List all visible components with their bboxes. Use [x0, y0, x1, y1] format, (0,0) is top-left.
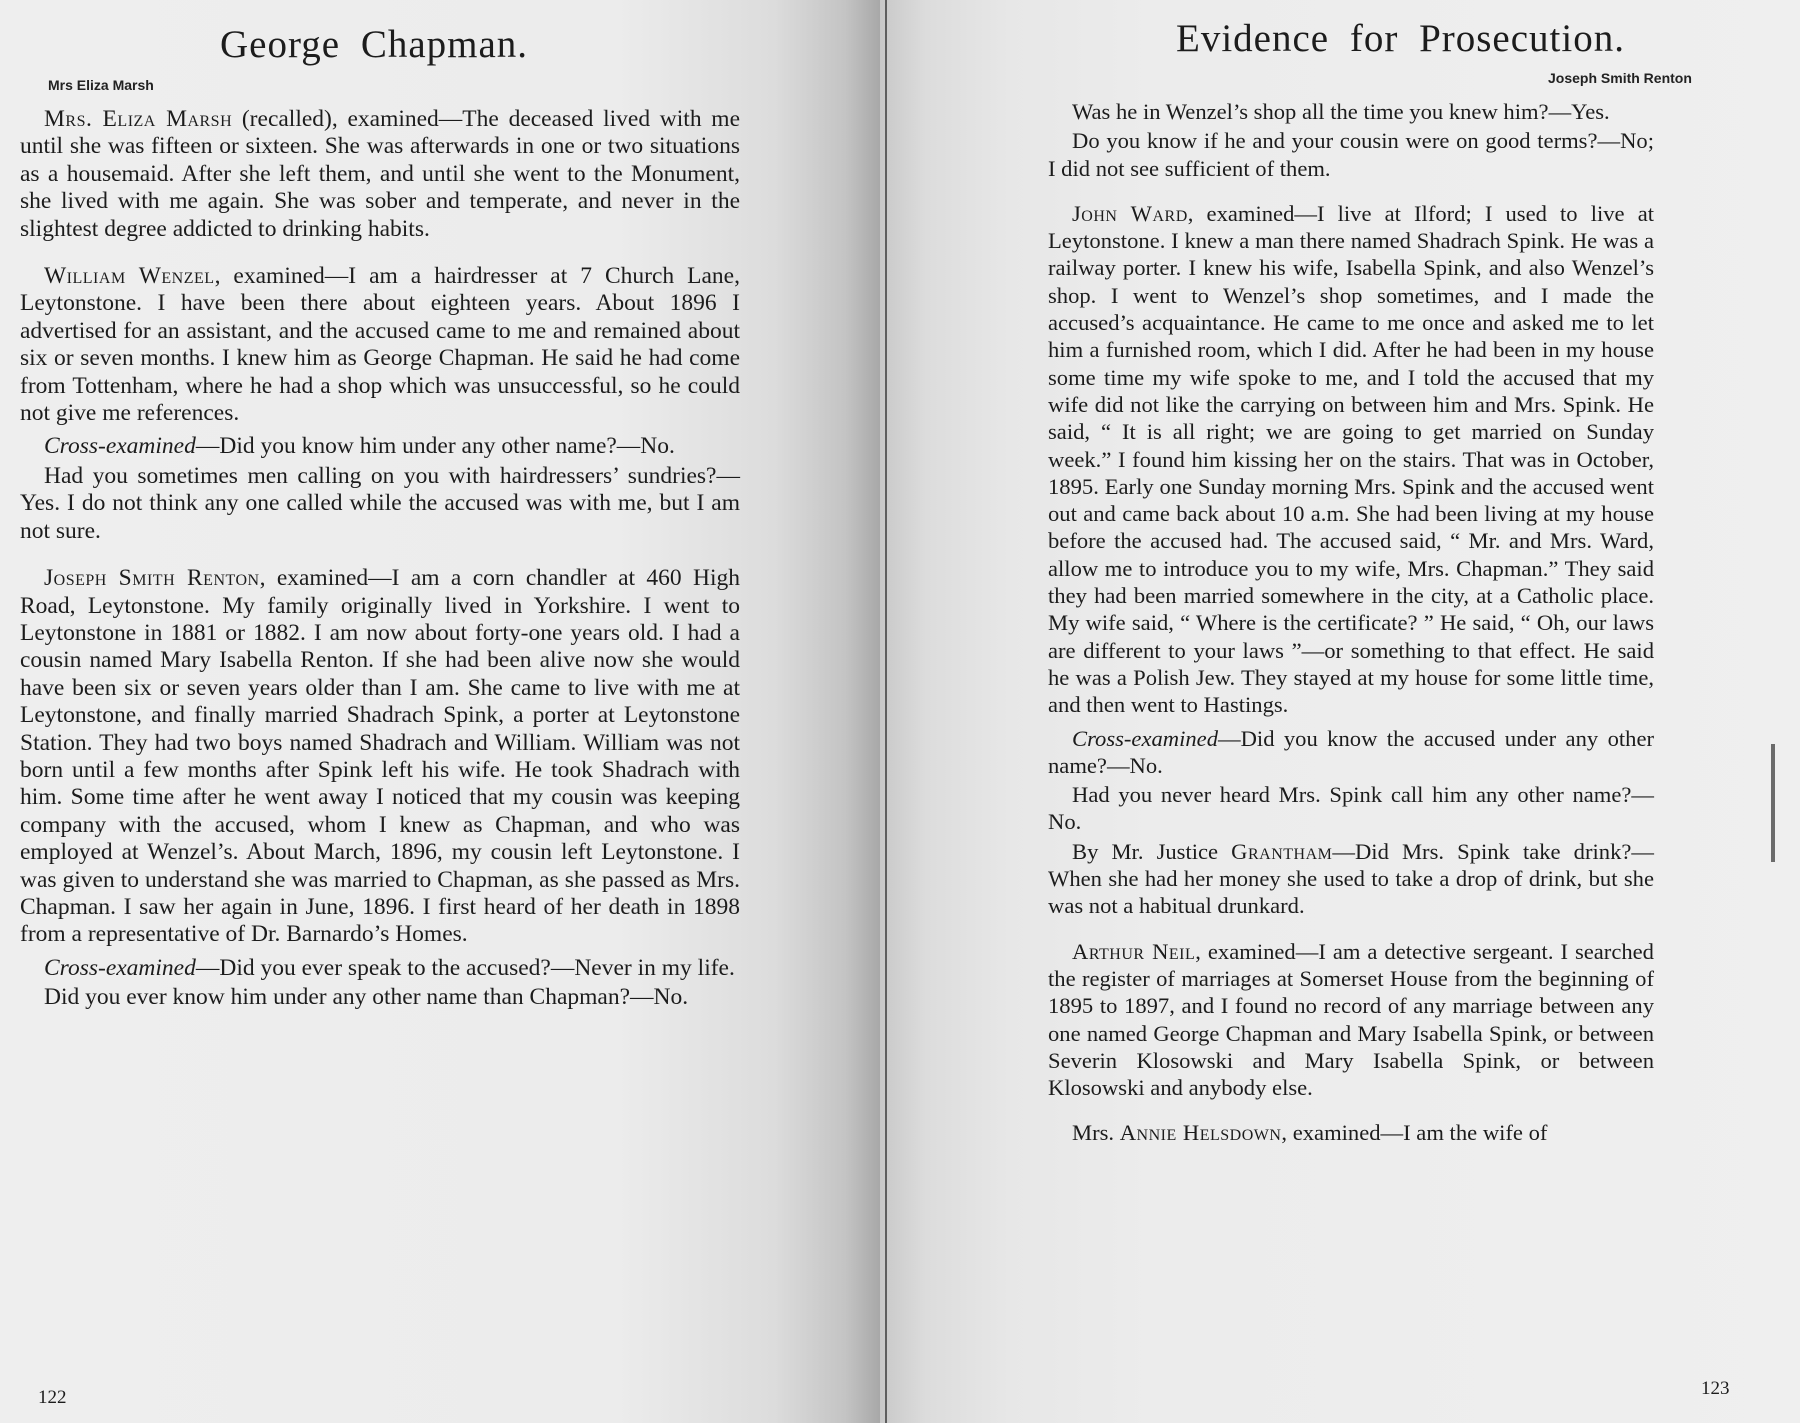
paragraph: Mrs. Annie Helsdown, examined—I am the w…	[1048, 1119, 1654, 1146]
running-title: Evidence for Prosecution.	[1176, 16, 1625, 61]
judge-name: Grantham	[1231, 839, 1332, 864]
witness-name: William Wenzel	[44, 263, 215, 289]
paragraph: Had you sometimes men calling on you wit…	[20, 463, 740, 545]
margin-bar-mark	[1771, 744, 1775, 862]
witness-name: Arthur Neil	[1072, 939, 1195, 964]
cross-examined-label: Cross-examined	[44, 955, 196, 981]
page-number: 122	[38, 1387, 67, 1409]
paragraph: John Ward, examined—I live at Ilford; I …	[1048, 200, 1654, 719]
paragraph: Cross-examined—Did you ever speak to the…	[20, 955, 740, 982]
shoulder-note: Mrs Eliza Marsh	[48, 77, 154, 93]
shoulder-note: Joseph Smith Renton	[1548, 70, 1692, 86]
page-body: Mrs. Eliza Marsh (recalled), examined—Th…	[20, 106, 740, 1012]
witness-name: Joseph Smith Renton	[44, 565, 260, 591]
page-number: 123	[1701, 1378, 1730, 1400]
cross-examined-label: Cross-examined	[44, 433, 196, 459]
paragraph: Had you never heard Mrs. Spink call him …	[1048, 781, 1654, 836]
paragraph: Cross-examined—Did you know him under an…	[20, 433, 740, 460]
book-gutter	[885, 0, 887, 1423]
paragraph: Arthur Neil, examined—I am a detective s…	[1048, 938, 1654, 1102]
paragraph: Was he in Wenzel’s shop all the time you…	[1048, 98, 1654, 125]
page-body: Was he in Wenzel’s shop all the time you…	[1048, 98, 1654, 1147]
paragraph: By Mr. Justice Grantham—Did Mrs. Spink t…	[1048, 838, 1654, 920]
paragraph: Do you know if he and your cousin were o…	[1048, 127, 1654, 182]
right-page: Evidence for Prosecution. Joseph Smith R…	[880, 0, 1800, 1423]
witness-name: John Ward	[1072, 201, 1188, 226]
witness-name: Annie Helsdown	[1120, 1120, 1282, 1145]
paragraph: Mrs. Eliza Marsh (recalled), examined—Th…	[20, 106, 740, 243]
paragraph: Cross-examined—Did you know the accused …	[1048, 725, 1654, 780]
left-page: George Chapman. Mrs Eliza Marsh Mrs. Eli…	[0, 0, 880, 1423]
paragraph: William Wenzel, examined—I am a hairdres…	[20, 263, 740, 427]
running-title: George Chapman.	[220, 22, 528, 67]
paragraph: Joseph Smith Renton, examined—I am a cor…	[20, 565, 740, 949]
cross-examined-label: Cross-examined	[1072, 726, 1218, 751]
book-spread: George Chapman. Mrs Eliza Marsh Mrs. Eli…	[0, 0, 1800, 1423]
paragraph: Did you ever know him under any other na…	[20, 984, 740, 1011]
witness-name: Mrs. Eliza Marsh	[44, 106, 232, 132]
